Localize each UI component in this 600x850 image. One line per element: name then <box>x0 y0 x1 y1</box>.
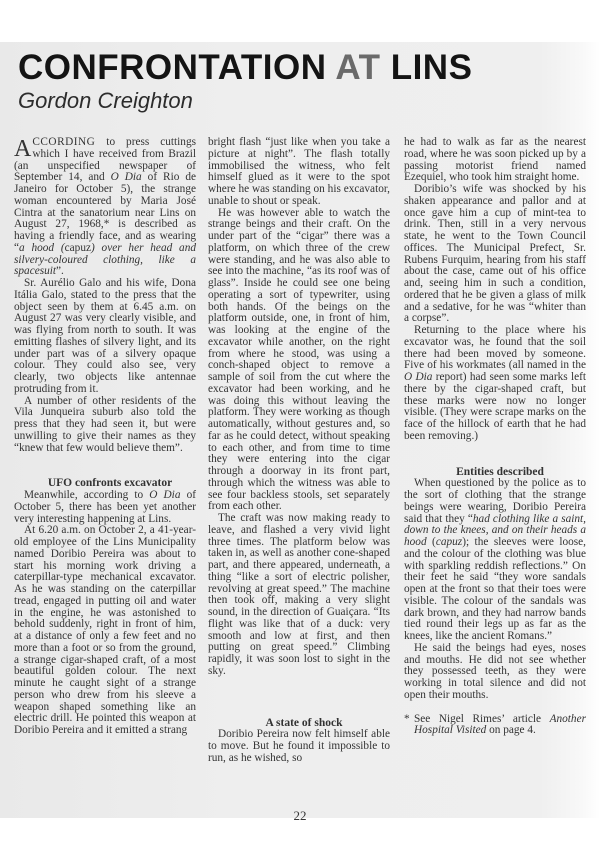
publication-name: O Dia <box>149 489 180 501</box>
quote-italic: a hood ( <box>19 242 65 254</box>
column-2: bright flash “just like when you take a … <box>208 137 390 765</box>
paragraph: A number of other residents of the Vila … <box>14 396 196 455</box>
text: capuz <box>65 242 91 254</box>
column-3: he had to walk as far as the nearest roa… <box>404 137 586 737</box>
paragraph: Doribio Pereira now felt himself able to… <box>208 729 390 764</box>
page-number: 22 <box>0 808 600 824</box>
paragraph: Doribio’s wife was shocked by his shaken… <box>404 184 586 325</box>
footnote: *See Nigel Rimes’ article Another Hospit… <box>404 714 586 738</box>
publication-name: O Dia <box>404 371 432 383</box>
paragraph: Sr. Aurélio Galo and his wife, Dona Itál… <box>14 278 196 396</box>
paragraph: ACCORDING to press cuttings which I have… <box>14 137 196 278</box>
column-1: ACCORDING to press cuttings which I have… <box>14 137 196 737</box>
paragraph: The craft was now making ready to leave,… <box>208 513 390 678</box>
paragraph: Meanwhile, according to O Dia of October… <box>14 490 196 525</box>
paragraph: He said the beings had eyes, noses and m… <box>404 643 586 702</box>
quote-italic: capuz <box>436 536 462 548</box>
text: ( <box>427 536 436 548</box>
paragraph: Returning to the place where his excavat… <box>404 325 586 443</box>
paragraph: bright flash “just like when you take a … <box>208 137 390 208</box>
drop-cap: A <box>14 139 31 159</box>
text: See Nigel Rimes’ article <box>414 713 550 725</box>
publication-name: O Dia <box>111 171 142 183</box>
small-caps-lead: CCORDING <box>32 136 95 148</box>
paragraph: At 6.20 a.m. on October 2, a 41-year-old… <box>14 525 196 737</box>
text: on page 4. <box>486 724 536 736</box>
text: ”. <box>56 265 64 277</box>
author-byline: Gordon Creighton <box>18 90 193 112</box>
title-text: CONFRONTATION <box>18 48 335 87</box>
title-text-lins: LINS <box>380 48 472 87</box>
text: Meanwhile, according to <box>24 489 149 501</box>
title-text-at: AT <box>335 48 380 87</box>
paragraph: He was however able to watch the strange… <box>208 208 390 514</box>
paragraph: he had to walk as far as the nearest roa… <box>404 137 586 184</box>
paragraph: When questioned by the police as to the … <box>404 478 586 643</box>
text: the sleeves were loose, and the colour o… <box>404 536 586 642</box>
text: Returning to the place where his excavat… <box>404 324 586 371</box>
footnote-asterisk: * <box>404 714 410 726</box>
text: report) had seen some marks left there b… <box>404 371 586 442</box>
article-title: CONFRONTATION AT LINS <box>18 50 472 85</box>
